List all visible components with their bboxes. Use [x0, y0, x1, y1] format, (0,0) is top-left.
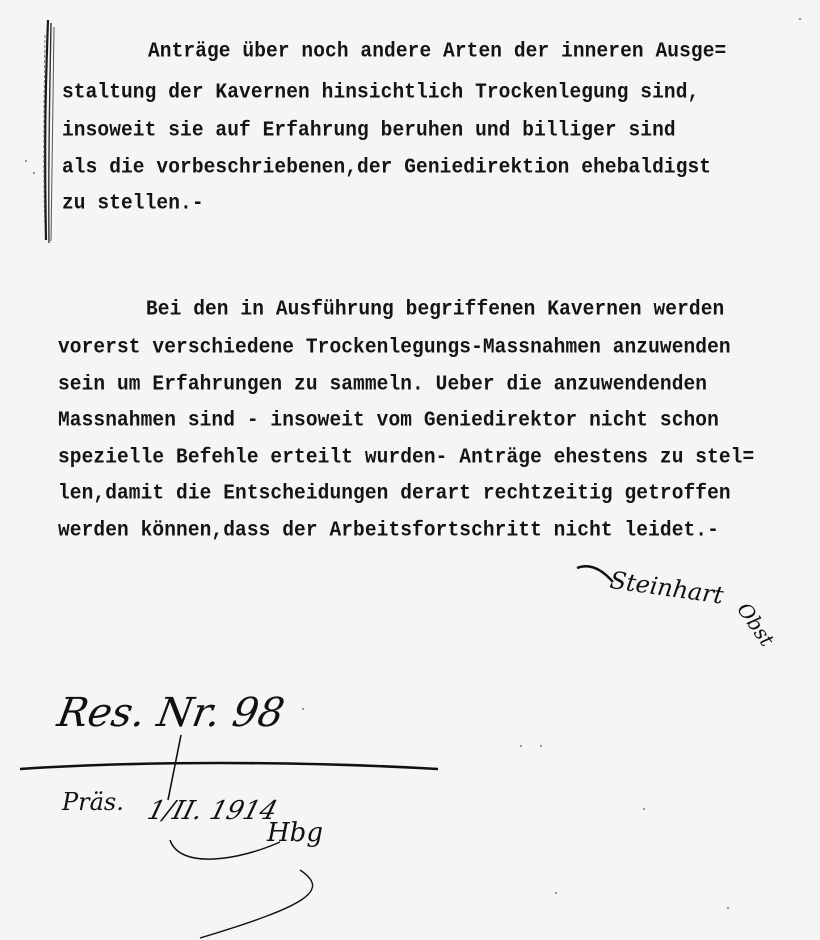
text-line: Massnahmen sind - insoweit vom Geniedire…: [58, 408, 719, 432]
text-line: spezielle Befehle erteilt wurden- Anträg…: [58, 445, 754, 469]
document-page: Anträge über noch andere Arten der inner…: [0, 0, 820, 940]
scan-speckle: [25, 160, 27, 162]
scan-speckle: [555, 892, 557, 894]
text-line: sein um Erfahrungen zu sammeln. Ueber di…: [58, 372, 707, 396]
presented-label: Präs.: [62, 788, 124, 816]
text-line: Bei den in Ausführung begriffenen Kavern…: [146, 297, 724, 321]
scan-speckle: [33, 172, 35, 174]
scan-speckle: [302, 708, 304, 710]
scan-speckle: [520, 745, 522, 747]
scan-speckle: [799, 18, 801, 20]
text-line: staltung der Kavernen hinsichtlich Trock…: [62, 80, 699, 104]
signature-rank: Obst: [732, 598, 779, 651]
text-line: als die vorbeschriebenen,der Geniedirekt…: [62, 155, 711, 179]
initials: Hbg: [267, 818, 323, 848]
text-line: Anträge über noch andere Arten der inner…: [148, 39, 726, 63]
reference-number: Res. Nr. 98: [54, 690, 288, 736]
scan-speckle: [643, 808, 645, 810]
text-line: vorerst verschiedene Trockenlegungs-Mass…: [58, 335, 731, 359]
signature-name: Steinhart: [608, 566, 725, 610]
scan-speckle: [540, 745, 542, 747]
text-line: werden können,dass der Arbeitsfortschrit…: [58, 518, 719, 542]
scan-speckle: [727, 907, 729, 909]
text-line: insoweit sie auf Erfahrung beruhen und b…: [62, 118, 676, 142]
text-line: zu stellen.-: [62, 191, 204, 215]
text-line: len,damit die Entscheidungen derart rech…: [58, 481, 731, 505]
